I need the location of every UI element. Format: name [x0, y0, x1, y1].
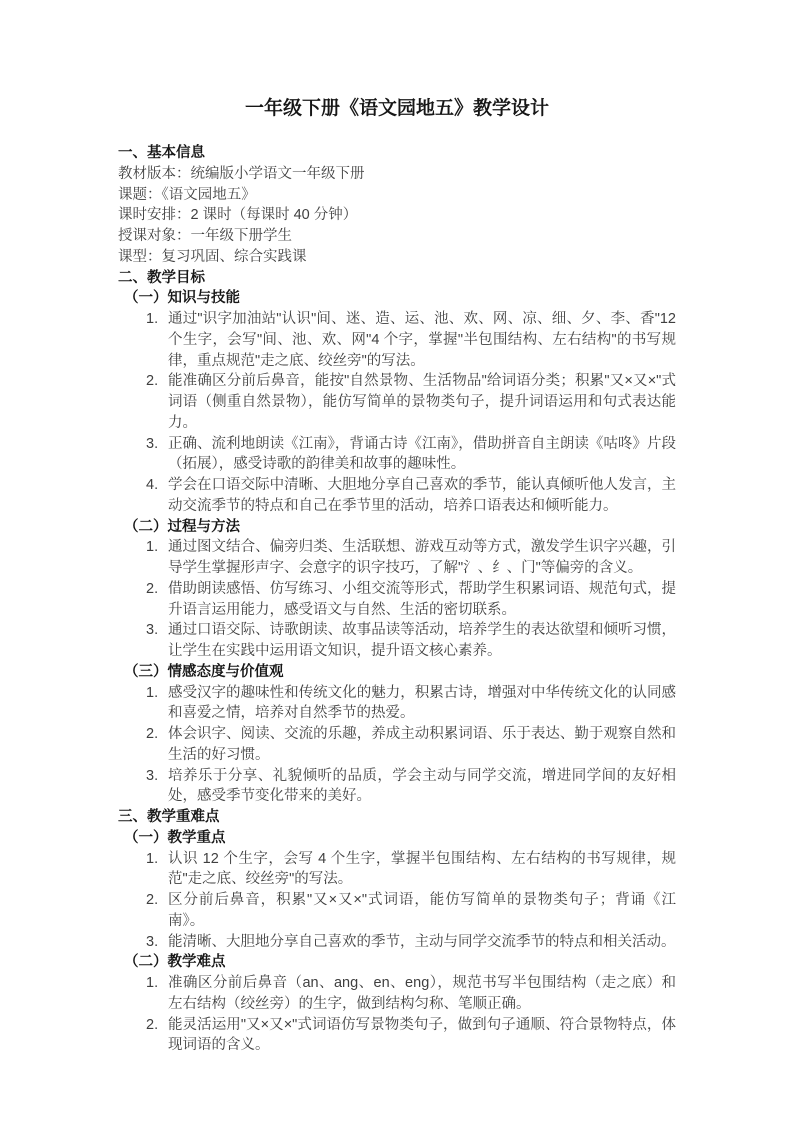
list-item: 能准确区分前后鼻音，能按"自然景物、生活物品"给词语分类；积累"又×又×"式词语…	[118, 371, 676, 433]
list-item-text: 通过"识字加油站"认识"间、迷、造、运、池、欢、网、凉、细、夕、李、香"12 个…	[168, 309, 676, 371]
list-item: 体会识字、阅读、交流的乐趣，养成主动积累词语、乐于表达、勤于观察自然和生活的好习…	[118, 724, 676, 766]
section-heading-basic-info: 一、基本信息	[118, 143, 676, 164]
list-item: 通过"识字加油站"认识"间、迷、造、运、池、欢、网、凉、细、夕、李、香"12 个…	[118, 309, 676, 371]
meta-textbook-version: 教材版本：统编版小学语文一年级下册	[118, 164, 676, 185]
list-item-text: 区分前后鼻音，积累"又×又×"式词语，能仿写简单的景物类句子；背诵《江南》。	[168, 890, 676, 932]
list-item: 借助朗读感悟、仿写练习、小组交流等形式，帮助学生积累词语、规范句式，提升语言运用…	[118, 579, 676, 621]
list-item-text: 正确、流利地朗读《江南》，背诵古诗《江南》，借助拼音自主朗读《咕咚》片段（拓展）…	[168, 434, 676, 476]
document-page: 一年级下册《语文园地五》教学设计 一、基本信息 教材版本：统编版小学语文一年级下…	[0, 0, 794, 1123]
list-item: 培养乐于分享、礼貌倾听的品质，学会主动与同学交流，增进同学间的友好相处，感受季节…	[118, 766, 676, 808]
list-item: 通过口语交际、诗歌朗读、故事品读等活动，培养学生的表达欲望和倾听习惯，让学生在实…	[118, 620, 676, 662]
subsection-heading-knowledge-skills: （一）知识与技能	[118, 288, 676, 309]
list-item: 能灵活运用"又×又×"式词语仿写景物类句子，做到句子通顺、符合景物特点，体现词语…	[118, 1015, 676, 1057]
list-item-text: 借助朗读感悟、仿写练习、小组交流等形式，帮助学生积累词语、规范句式，提升语言运用…	[168, 579, 676, 621]
list-item: 区分前后鼻音，积累"又×又×"式词语，能仿写简单的景物类句子；背诵《江南》。	[118, 890, 676, 932]
list-item-text: 能准确区分前后鼻音，能按"自然景物、生活物品"给词语分类；积累"又×又×"式词语…	[168, 371, 676, 433]
list-item-text: 培养乐于分享、礼貌倾听的品质，学会主动与同学交流，增进同学间的友好相处，感受季节…	[168, 766, 676, 808]
list-item: 通过图文结合、偏旁归类、生活联想、游戏互动等方式，激发学生识字兴趣，引导学生掌握…	[118, 537, 676, 579]
teaching-difficulties-list: 准确区分前后鼻音（an、ang、en、eng），规范书写半包围结构（走之底）和左…	[118, 973, 676, 1056]
list-item-text: 能灵活运用"又×又×"式词语仿写景物类句子，做到句子通顺、符合景物特点，体现词语…	[168, 1015, 676, 1057]
meta-course-type: 课型：复习巩固、综合实践课	[118, 247, 676, 268]
section-heading-key-difficult-points: 三、教学重难点	[118, 807, 676, 828]
knowledge-skills-list: 通过"识字加油站"认识"间、迷、造、运、池、欢、网、凉、细、夕、李、香"12 个…	[118, 309, 676, 517]
list-item-text: 准确区分前后鼻音（an、ang、en、eng），规范书写半包围结构（走之底）和左…	[168, 973, 676, 1015]
list-item-text: 通过口语交际、诗歌朗读、故事品读等活动，培养学生的表达欲望和倾听习惯，让学生在实…	[168, 620, 676, 662]
emotion-values-list: 感受汉字的趣味性和传统文化的魅力，积累古诗，增强对中华传统文化的认同感和喜爱之情…	[118, 683, 676, 808]
subsection-heading-teaching-difficulties: （二）教学难点	[118, 952, 676, 973]
subsection-heading-process-methods: （二）过程与方法	[118, 517, 676, 538]
subsection-heading-teaching-focus: （一）教学重点	[118, 828, 676, 849]
process-methods-list: 通过图文结合、偏旁归类、生活联想、游戏互动等方式，激发学生识字兴趣，引导学生掌握…	[118, 537, 676, 662]
meta-schedule: 课时安排：2 课时（每课时 40 分钟）	[118, 205, 676, 226]
list-item: 学会在口语交际中清晰、大胆地分享自己喜欢的季节，能认真倾听他人发言，主动交流季节…	[118, 475, 676, 517]
meta-course-title: 课题：《语文园地五》	[118, 185, 676, 206]
list-item-text: 通过图文结合、偏旁归类、生活联想、游戏互动等方式，激发学生识字兴趣，引导学生掌握…	[168, 537, 676, 579]
list-item: 认识 12 个生字，会写 4 个生字，掌握半包围结构、左右结构的书写规律，规范"…	[118, 849, 676, 891]
list-item-text: 体会识字、阅读、交流的乐趣，养成主动积累词语、乐于表达、勤于观察自然和生活的好习…	[168, 724, 676, 766]
section-heading-teaching-objectives: 二、教学目标	[118, 268, 676, 289]
list-item-text: 认识 12 个生字，会写 4 个生字，掌握半包围结构、左右结构的书写规律，规范"…	[168, 849, 676, 891]
teaching-focus-list: 认识 12 个生字，会写 4 个生字，掌握半包围结构、左右结构的书写规律，规范"…	[118, 849, 676, 953]
list-item-text: 能清晰、大胆地分享自己喜欢的季节，主动与同学交流季节的特点和相关活动。	[168, 932, 676, 953]
subsection-heading-emotion-values: （三）情感态度与价值观	[118, 662, 676, 683]
list-item-text: 感受汉字的趣味性和传统文化的魅力，积累古诗，增强对中华传统文化的认同感和喜爱之情…	[168, 683, 676, 725]
meta-audience: 授课对象：一年级下册学生	[118, 226, 676, 247]
list-item: 感受汉字的趣味性和传统文化的魅力，积累古诗，增强对中华传统文化的认同感和喜爱之情…	[118, 683, 676, 725]
list-item: 能清晰、大胆地分享自己喜欢的季节，主动与同学交流季节的特点和相关活动。	[118, 932, 676, 953]
list-item-text: 学会在口语交际中清晰、大胆地分享自己喜欢的季节，能认真倾听他人发言，主动交流季节…	[168, 475, 676, 517]
list-item: 准确区分前后鼻音（an、ang、en、eng），规范书写半包围结构（走之底）和左…	[118, 973, 676, 1015]
list-item: 正确、流利地朗读《江南》，背诵古诗《江南》，借助拼音自主朗读《咕咚》片段（拓展）…	[118, 434, 676, 476]
doc-title: 一年级下册《语文园地五》教学设计	[118, 96, 676, 122]
